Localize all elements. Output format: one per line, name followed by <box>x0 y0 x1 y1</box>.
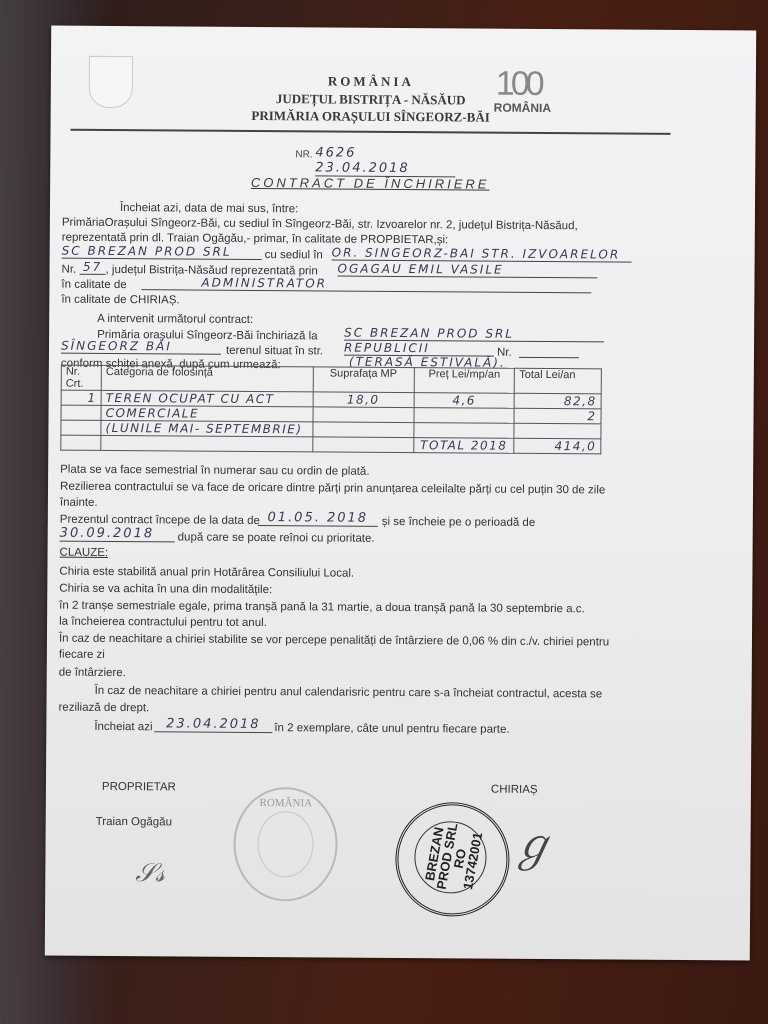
table-cell <box>312 437 413 453</box>
land-label: terenul situat în str. <box>226 345 323 358</box>
table-cell <box>61 435 101 450</box>
owner-line: PrimăriaOrașului Sîngeorz-Băi, cu sediul… <box>62 217 578 233</box>
header-county: JUDEȚUL BISTRIȚA - NĂSĂUD <box>231 91 511 109</box>
renew-text: după care se poate reînoi cu prioritate. <box>178 531 375 544</box>
table-total-row: TOTAL 2018 414,0 <box>61 435 601 454</box>
table-total-label: TOTAL 2018 <box>413 438 514 454</box>
payment-term: Plata se va face semestrial în numerar s… <box>60 464 369 478</box>
table-cell: TEREN OCUPAT CU ACT <box>101 390 313 406</box>
centenary-logo-icon: 100 <box>496 65 576 106</box>
header-city-hall: PRIMĂRIA ORAȘULUI SÎNGEORZ-BĂI <box>231 108 511 126</box>
start-date-field: 01.05. 2018 <box>258 510 378 527</box>
table-cell <box>414 408 515 424</box>
period-label: și se încheie pe o perioadă de <box>382 516 536 529</box>
table-cell: 18,0 <box>313 392 414 408</box>
intervened-text: A intervenit următorul contract: <box>97 313 253 326</box>
header-country: ROMÂNIA <box>231 73 511 91</box>
owner-name: Traian Ogăgău <box>96 816 172 829</box>
tenant-seat-field: OR. SINGEORZ-BAI STR. IZVOARELOR <box>332 246 632 263</box>
header-divider <box>71 129 671 135</box>
table-cell: (LUNILE MAI- SEPTEMBRIE) <box>101 420 313 436</box>
tenant-signature-label: CHIRIAȘ <box>491 784 538 796</box>
reference-number: 4626 23.04.2018 <box>315 145 455 177</box>
city-hall-stamp-icon: ROMÂNIA <box>233 787 338 902</box>
table-cell: 2 <box>514 408 601 424</box>
termination-clause-2: reziliază de drept. <box>58 702 149 715</box>
table-header-row: Nr. Crt. Categoria de folosință Suprafaț… <box>61 365 601 394</box>
clause-item: fiecare zi <box>59 649 105 661</box>
table-cell: 1 <box>61 390 101 405</box>
table-cell <box>514 423 601 439</box>
clauses-heading: CLAUZE: <box>60 547 109 559</box>
termination-term-1: Rezilierea contractului se va face de or… <box>60 481 605 497</box>
clause-item: în 2 tranșe semestriale egale, prima tra… <box>59 600 585 616</box>
table-cell <box>61 405 101 420</box>
tenant-name-field: SC BREZAN PROD SRL <box>62 244 262 260</box>
table-cell: 4,6 <box>414 393 515 409</box>
contract-document: ROMÂNIA JUDEȚUL BISTRIȚA - NĂSĂUD PRIMĂR… <box>45 26 756 961</box>
table-header-cell: Categoria de folosință <box>101 365 313 391</box>
intro-text: Încheiat azi, data de mai sus, între: <box>120 202 298 215</box>
clause-item: Chiria este stabilită anual prin Hotărâr… <box>59 566 354 580</box>
seat-label: cu sediul în <box>265 249 323 261</box>
rent-table: Nr. Crt. Categoria de folosință Suprafaț… <box>60 365 602 455</box>
tenant-signature: ℊ <box>510 809 554 873</box>
tenant-capacity-field: ADMINISTRATOR <box>141 275 591 293</box>
table-total-value: 414,0 <box>514 438 601 454</box>
nr-label: Nr. <box>62 264 77 276</box>
tenant-role: în calitate de CHIRIAȘ. <box>61 294 179 307</box>
table-header-cell: Suprafața MP <box>313 367 414 393</box>
clause-item: la încheierea contractului pentru tot an… <box>59 616 267 629</box>
concluded-label: Încheiat azi <box>94 721 152 733</box>
table-cell <box>61 420 101 435</box>
end-date-field: 30.09.2018 <box>60 526 175 543</box>
capacity-label: în calitate de <box>61 279 126 291</box>
tenant-nr-field: 57 <box>80 260 106 275</box>
clause-item: Chiria se va achita în una din modalităț… <box>59 583 272 596</box>
street-nr-field <box>519 357 579 358</box>
termination-clause-1: În caz de neachitare a chiriei pentru an… <box>95 685 603 701</box>
company-stamp-icon: BREZAN PROD SRL RO 13742001 <box>395 802 510 917</box>
owner-signature-label: PROPRIETAR <box>102 781 176 794</box>
table-cell: 82,8 <box>515 393 602 409</box>
owner-signature: 𝒮𝓈 <box>135 858 165 889</box>
reference-label: NR. <box>295 149 312 160</box>
table-header-cell: Preț Lei/mp/an <box>414 368 515 394</box>
document-title: CONTRACT DE ÎNCHIRIERE <box>230 175 510 192</box>
table-cell <box>413 423 514 439</box>
table-cell: COMERCIALE <box>101 405 313 421</box>
centenary-logo-text: ROMÂNIA <box>494 101 584 116</box>
coat-of-arms-icon <box>89 56 133 108</box>
table-header-cell: Total Lei/an <box>515 368 602 394</box>
table-cell <box>313 407 414 423</box>
table-cell <box>313 422 414 438</box>
termination-term-2: înainte. <box>60 497 98 509</box>
clause-item: În caz de neachitare a chiriei stabilite… <box>59 633 609 649</box>
table-cell <box>101 435 313 451</box>
town-field: SÎNGEORZ BĂI <box>61 339 221 355</box>
concluded-date-field: 23.04.2018 <box>154 716 272 733</box>
clause-item: de întârziere. <box>59 667 126 679</box>
table-header-cell: Nr. Crt. <box>61 365 101 390</box>
copies-text: în 2 exemplare, câte unul pentru fiecare… <box>274 722 509 736</box>
